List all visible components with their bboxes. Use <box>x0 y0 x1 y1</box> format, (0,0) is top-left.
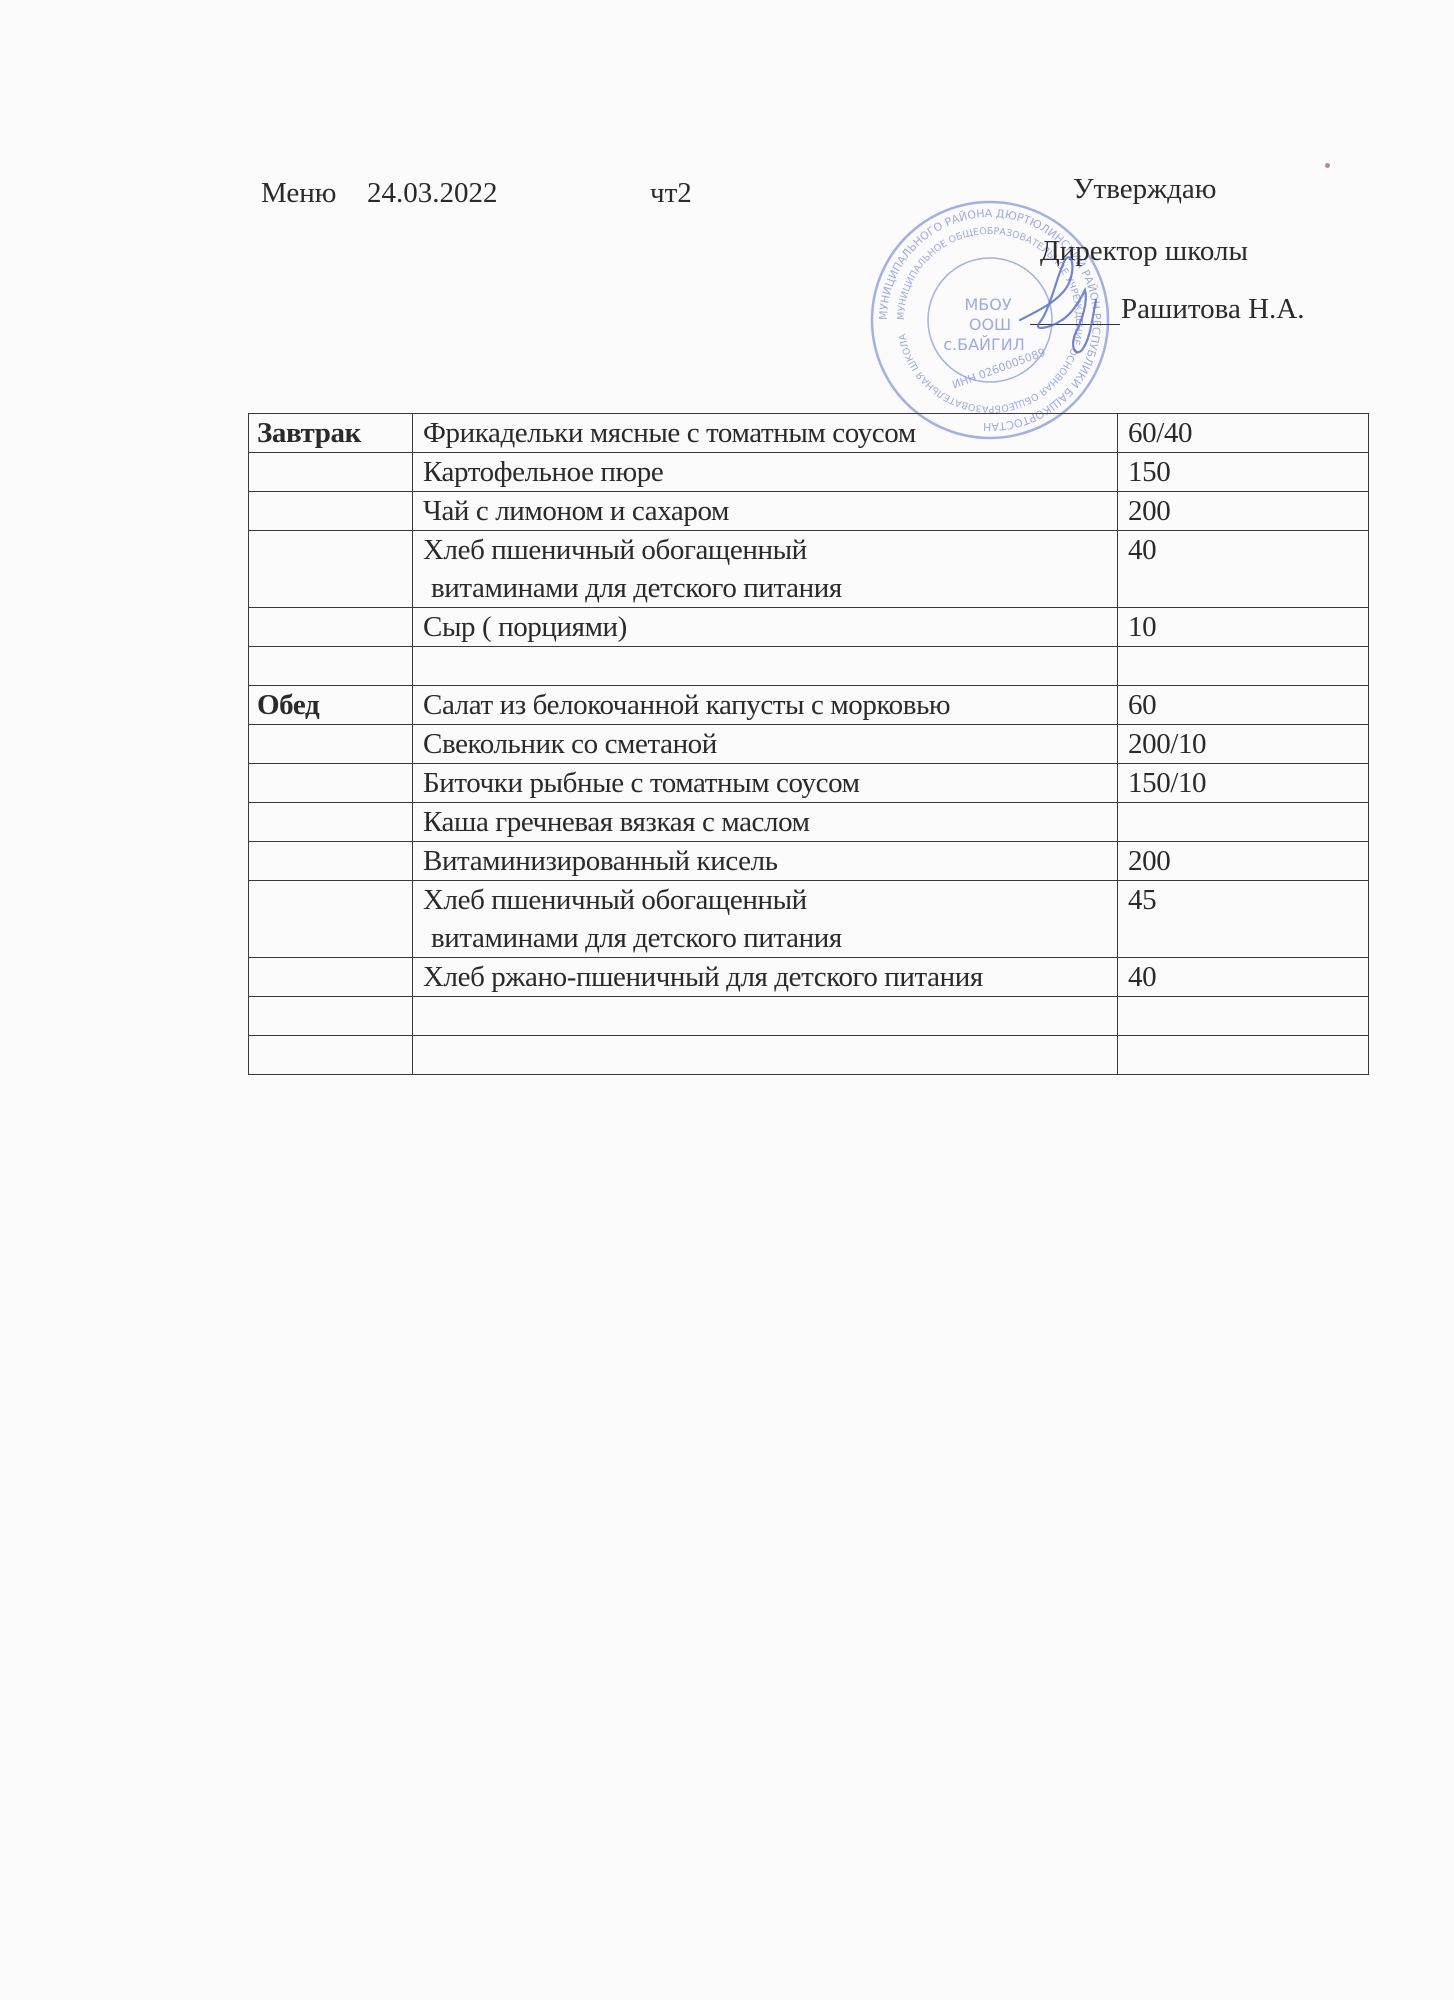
dish-name: Фрикадельки мясные с томатным соусом <box>423 417 916 449</box>
menu-title: Меню <box>261 176 336 210</box>
dish-name: Хлеб ржано-пшеничный для детского питани… <box>423 961 983 993</box>
dish-cell: Хлеб пшеничный обогащенныйвитаминами для… <box>413 881 1118 958</box>
table-row: ЗавтракФрикадельки мясные с томатным соу… <box>249 414 1369 453</box>
dish-cell: Биточки рыбные с томатным соусом <box>413 764 1118 803</box>
meal-cell <box>249 531 413 608</box>
portion-cell <box>1118 997 1369 1036</box>
dish-name: Биточки рыбные с томатным соусом <box>423 767 860 799</box>
dish-name: Чай с лимоном и сахаром <box>423 495 729 527</box>
table-row: Хлеб ржано-пшеничный для детского питани… <box>249 958 1369 997</box>
dish-cell: Картофельное пюре <box>413 453 1118 492</box>
dish-name-continued: витаминами для детского питания <box>423 569 1117 607</box>
portion-cell: 150/10 <box>1118 764 1369 803</box>
meal-cell <box>249 453 413 492</box>
portion-cell: 200 <box>1118 492 1369 531</box>
portion-cell: 200/10 <box>1118 725 1369 764</box>
dish-cell <box>413 1036 1118 1075</box>
dish-cell: Свекольник со сметаной <box>413 725 1118 764</box>
meal-cell <box>249 608 413 647</box>
portion-cell <box>1118 803 1369 842</box>
portion-cell: 150 <box>1118 453 1369 492</box>
table-row: Хлеб пшеничный обогащенныйвитаминами для… <box>249 881 1369 958</box>
table-row: Биточки рыбные с томатным соусом150/10 <box>249 764 1369 803</box>
table-row <box>249 647 1369 686</box>
meal-cell: Завтрак <box>249 414 413 453</box>
menu-table-body: ЗавтракФрикадельки мясные с томатным соу… <box>249 414 1369 1075</box>
meal-cell <box>249 842 413 881</box>
portion-cell: 200 <box>1118 842 1369 881</box>
dish-cell: Хлеб ржано-пшеничный для детского питани… <box>413 958 1118 997</box>
table-row: Картофельное пюре150 <box>249 453 1369 492</box>
stamp-center-line-3: с.БАЙГИЛ <box>943 335 1025 354</box>
meal-cell <box>249 647 413 686</box>
portion-cell: 60 <box>1118 686 1369 725</box>
portion-cell <box>1118 1036 1369 1075</box>
dish-name-continued: витаминами для детского питания <box>423 919 1117 957</box>
dish-name: Салат из белокочанной капусты с морковью <box>423 689 950 721</box>
stamp-inn: ИНН 0260005089 <box>950 346 1047 392</box>
dish-name: Свекольник со сметаной <box>423 728 717 760</box>
table-row: Витаминизированный кисель200 <box>249 842 1369 881</box>
dish-cell: Салат из белокочанной капусты с морковью <box>413 686 1118 725</box>
meal-cell <box>249 997 413 1036</box>
table-row <box>249 997 1369 1036</box>
table-row: Чай с лимоном и сахаром200 <box>249 492 1369 531</box>
menu-date: 24.03.2022 <box>367 176 498 210</box>
dish-cell: Витаминизированный кисель <box>413 842 1118 881</box>
dish-name: Витаминизированный кисель <box>423 845 778 877</box>
menu-table: ЗавтракФрикадельки мясные с томатным соу… <box>248 413 1369 1075</box>
menu-day-code: чт2 <box>650 176 692 210</box>
table-row <box>249 1036 1369 1075</box>
meal-cell <box>249 958 413 997</box>
dish-name: Каша гречневая вязкая с маслом <box>423 806 810 838</box>
table-row: Сыр ( порциями)10 <box>249 608 1369 647</box>
dish-cell <box>413 997 1118 1036</box>
dish-cell: Сыр ( порциями) <box>413 608 1118 647</box>
director-position: Директор школы <box>1040 234 1248 268</box>
dish-cell: Чай с лимоном и сахаром <box>413 492 1118 531</box>
meal-cell: Обед <box>249 686 413 725</box>
portion-cell: 40 <box>1118 531 1369 608</box>
meal-cell <box>249 492 413 531</box>
portion-cell: 45 <box>1118 881 1369 958</box>
table-row: Каша гречневая вязкая с маслом <box>249 803 1369 842</box>
dish-cell: Каша гречневая вязкая с маслом <box>413 803 1118 842</box>
meal-cell <box>249 1036 413 1075</box>
dish-cell <box>413 647 1118 686</box>
portion-cell: 40 <box>1118 958 1369 997</box>
stamp-center-line-2: ООШ <box>969 315 1011 334</box>
table-row: Хлеб пшеничный обогащенныйвитаминами для… <box>249 531 1369 608</box>
dish-name: Хлеб пшеничный обогащенный <box>423 534 807 566</box>
stamp-center-line-1: МБОУ <box>964 295 1011 314</box>
meal-cell <box>249 803 413 842</box>
portion-cell: 10 <box>1118 608 1369 647</box>
table-row: ОбедСалат из белокочанной капусты с морк… <box>249 686 1369 725</box>
table-row: Свекольник со сметаной200/10 <box>249 725 1369 764</box>
dish-cell: Хлеб пшеничный обогащенныйвитаминами для… <box>413 531 1118 608</box>
dish-name: Картофельное пюре <box>423 456 663 488</box>
meal-cell <box>249 881 413 958</box>
director-name: Рашитова Н.А. <box>1121 292 1304 326</box>
scan-speck <box>1325 163 1330 168</box>
dish-name: Сыр ( порциями) <box>423 611 627 643</box>
portion-cell <box>1118 647 1369 686</box>
meal-cell <box>249 764 413 803</box>
meal-cell <box>249 725 413 764</box>
dish-name: Хлеб пшеничный обогащенный <box>423 884 807 916</box>
approve-label: Утверждаю <box>1073 172 1216 206</box>
school-stamp-icon: МУНИЦИПАЛЬНОГО РАЙОНА ДЮРТЮЛИНСКИЙ РАЙОН… <box>860 190 1120 450</box>
portion-cell: 60/40 <box>1118 414 1369 453</box>
dish-cell: Фрикадельки мясные с томатным соусом <box>413 414 1118 453</box>
signature-line <box>1030 324 1120 325</box>
